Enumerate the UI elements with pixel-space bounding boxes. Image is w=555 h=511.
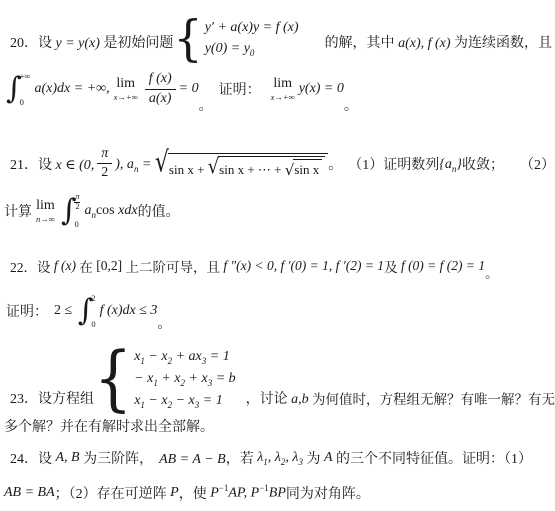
text-segment: ，若 <box>226 448 258 468</box>
text-segment: 同为对角阵。 <box>286 483 370 503</box>
math-text: y(0) = y <box>205 41 250 56</box>
math-text: {a <box>439 157 452 172</box>
limit-subscript: n→∞ <box>36 215 55 224</box>
math-expression: f (x) <box>54 258 76 274</box>
integral-expression: ∫ 20 <box>78 293 98 329</box>
radical-body: sin x <box>293 159 322 178</box>
system-equation-2: − x1 + x2 + x3 = b <box>134 371 235 388</box>
tiny-fraction-denominator: 2 <box>75 203 79 212</box>
lim-word: lim <box>36 199 55 214</box>
problem-20-line-2: ∫ +∞0 a(x)dx = +∞, limx→+∞ f (x)a(x) = 0… <box>4 64 358 114</box>
math-text: AP, P <box>228 486 259 501</box>
limit-expression: limn→∞ <box>36 199 55 223</box>
math-expression: 2 ≤ <box>54 303 76 319</box>
integral-upper-limit: +∞ <box>20 71 31 81</box>
system-equation-1: y′ + a(x)y = f (x) <box>205 20 299 36</box>
math-text: ), a <box>115 157 134 172</box>
math-text: = <box>138 157 154 172</box>
integrand: ancos xdx <box>84 203 137 220</box>
math-expression: ), an = <box>115 157 155 174</box>
period-mark: 。 <box>344 100 358 114</box>
math-expression: y = y(x) <box>56 36 100 52</box>
text-segment: 证明： <box>6 301 48 321</box>
exam-document-page: 20．设 y = y(x) 是初始问题 { y′ + a(x)y = f (x)… <box>0 0 555 511</box>
math-text: = 1 <box>199 393 222 408</box>
text-segment: 的解，其中 <box>325 32 399 52</box>
text-segment: 及 <box>384 256 398 276</box>
text-segment: 设 <box>37 256 54 276</box>
problem-22-number: 22． <box>10 256 37 276</box>
problem-21-line-2: 计算 limn→∞ ∫ π20 ancos xdx 的值。 <box>4 188 180 234</box>
math-expression: a,b <box>291 392 309 408</box>
math-expression: f ″(x) < 0, f ′(0) = 1, f ′(2) = 1 <box>223 258 384 274</box>
math-text: sin x + <box>169 162 208 178</box>
brace-icon: { <box>173 17 202 60</box>
problem-24-line-2: AB = BA ；（2）存在可逆阵 P ，使 P−1AP, P−1BP 同为对角… <box>4 478 370 508</box>
text-segment: 上二阶可导，且 <box>122 256 223 276</box>
problem-22-line-1: 22．设 f (x) 在 [0,2] 上二阶可导，且 f ″(x) < 0, f… <box>10 252 499 280</box>
math-text: − x <box>134 371 153 386</box>
radical-body: sin x + ⋯ + √sin x <box>218 156 325 178</box>
text-segment: （2） <box>520 154 555 174</box>
limit-expression: limx→+∞ <box>114 77 138 101</box>
math-expression: a(x), f (x) <box>398 36 450 52</box>
text-segment: 设 <box>38 32 56 52</box>
fraction: f (x)a(x) <box>145 71 176 106</box>
problem-21-line-1: 21．设 x ∈ (0, π2 ), an = √ sin x + √ sin … <box>10 124 555 178</box>
lim-word: lim <box>116 77 135 92</box>
problem-22-line-2: 证明： 2 ≤ ∫ 20 f (x)dx ≤ 3 。 <box>6 290 171 332</box>
text-segment: 多个解？并在有解时求出全部解。 <box>4 416 214 436</box>
integral-limits: π20 <box>74 193 80 229</box>
limit-subscript: x→+∞ <box>271 93 295 102</box>
math-text: , λ <box>285 450 298 465</box>
math-expression: A, B <box>56 450 80 466</box>
math-text: − x <box>145 393 168 408</box>
system-equation-3: x1 − x2 − x3 = 1 <box>134 393 235 410</box>
math-expression: A <box>324 450 333 466</box>
math-text: − x <box>145 349 168 364</box>
fraction-denominator: 2 <box>101 164 108 181</box>
math-expression: [0,2] <box>96 258 122 274</box>
problem-24-line-1: 24．设 A, B 为三阶阵， AB = A − B ，若 λ1, λ2, λ3… <box>10 443 532 473</box>
nested-radical: √ sin x + √ sin x + ⋯ + √sin x <box>155 153 328 178</box>
math-text: = 1 <box>206 349 229 364</box>
sqrt-icon: √ <box>208 157 219 178</box>
math-text: P <box>210 486 219 501</box>
text-segment: ，使 <box>179 483 211 503</box>
problem-23-number: 23． <box>10 388 38 408</box>
sqrt-icon: √ <box>155 149 169 178</box>
period-mark: 。 <box>485 267 499 281</box>
lim-word: lim <box>273 77 292 92</box>
limit-expression: limx→+∞ <box>271 77 295 101</box>
problem-20-number: 20． <box>10 32 38 52</box>
math-expression: = 0 <box>179 81 199 97</box>
nested-radical-inner: √sin x <box>285 159 322 178</box>
radical-body: sin x + √ sin x + ⋯ + √sin x <box>168 153 328 178</box>
integral-expression: ∫ +∞0 <box>6 71 33 107</box>
text-segment: 在 <box>76 256 96 276</box>
text-segment: 为连续函数，且 <box>451 32 553 52</box>
text-segment: 设 <box>38 448 56 468</box>
text-segment: 收敛； <box>462 154 504 174</box>
integral-limits: 20 <box>91 293 95 329</box>
text-segment: ；（2）存在可逆阵 <box>55 483 171 503</box>
integral-lower-limit: 0 <box>20 97 31 107</box>
text-segment: ，讨论 <box>246 388 292 408</box>
math-text: + ax <box>172 349 202 364</box>
problem-23-line-1: 23．设方程组 { x1 − x2 + ax3 = 1 − x1 + x2 + … <box>10 334 555 412</box>
math-text: − x <box>172 393 195 408</box>
math-text: sin x + ⋯ + <box>219 162 285 178</box>
text-segment: 的三个不同特征值。证明：（1） <box>333 448 533 468</box>
integral-lower-limit: 0 <box>91 319 95 329</box>
superscript: −1 <box>259 483 269 493</box>
integral-upper-limit: π2 <box>74 193 80 212</box>
math-text: BP <box>269 486 286 501</box>
text-segment: 计算 <box>4 201 32 221</box>
pi-over-2-fraction: π2 <box>97 146 112 181</box>
system-equation-1: x1 − x2 + ax3 = 1 <box>134 349 235 366</box>
initial-value-problem-system: { y′ + a(x)y = f (x) y(0) = y0 <box>173 17 298 60</box>
integral-limits: +∞0 <box>20 71 31 107</box>
fraction-denominator: a(x) <box>149 90 172 107</box>
math-expression: y(x) = 0 <box>299 81 344 97</box>
system-equations: x1 − x2 + ax3 = 1 − x1 + x2 + x3 = b x1 … <box>134 347 235 412</box>
text-segment: 为何值时，方程组无解？有唯一解？有无穷 <box>309 388 555 408</box>
problem-20-line-1: 20．设 y = y(x) 是初始问题 { y′ + a(x)y = f (x)… <box>10 2 552 60</box>
matrix-equation: AB = A − B <box>159 452 226 468</box>
system-equations: y′ + a(x)y = f (x) y(0) = y0 <box>205 17 299 60</box>
text-segment: 是初始问题 <box>100 32 174 52</box>
matrix-equation: AB = BA <box>4 485 55 501</box>
text-segment: 的值。 <box>138 201 180 221</box>
similarity-expression: P−1AP, P−1BP <box>210 484 286 502</box>
fraction-numerator: π <box>97 146 112 164</box>
math-text: , λ <box>268 450 281 465</box>
period-mark: 。 <box>328 154 342 174</box>
text-segment: 为三阶阵， <box>80 448 154 468</box>
fraction-numerator: f (x) <box>145 71 176 89</box>
nested-radical-mid: √ sin x + ⋯ + √sin x <box>208 156 326 178</box>
superscript: −1 <box>219 483 229 493</box>
integral-upper-limit: 2 <box>91 293 95 303</box>
math-text: xdx <box>118 203 137 218</box>
math-expression: a(x)dx = +∞, <box>35 81 110 97</box>
math-expression: f (x)dx ≤ 3 <box>100 303 158 319</box>
integral-expression: ∫ π20 <box>61 193 83 229</box>
cos-word: cos <box>96 203 118 218</box>
eigenvalue-list: λ1, λ2, λ3 <box>257 450 303 467</box>
problem-24-number: 24． <box>10 448 38 468</box>
math-text: + x <box>158 371 181 386</box>
text-segment: 设方程组 <box>38 388 94 408</box>
period-mark: 。 <box>157 318 171 332</box>
linear-equation-system: { x1 − x2 + ax3 = 1 − x1 + x2 + x3 = b x… <box>94 347 236 412</box>
text-segment: 证明： <box>219 79 261 99</box>
math-expression: f (0) = f (2) = 1 <box>398 258 486 274</box>
problem-23-line-2: 多个解？并在有解时求出全部解。 <box>4 414 214 438</box>
problem-21-number: 21． <box>10 154 38 174</box>
limit-subscript: x→+∞ <box>114 93 138 102</box>
sequence-notation: {an} <box>439 157 462 174</box>
period-mark: 。 <box>199 100 213 114</box>
integral-lower-limit: 0 <box>74 219 80 229</box>
math-expression: x ∈ (0, <box>56 157 95 174</box>
subscript: 0 <box>250 48 255 58</box>
math-text: sin x <box>294 162 319 178</box>
text-segment: （1）证明数列 <box>348 154 439 174</box>
text-segment: 为 <box>303 448 324 468</box>
text-segment: 设 <box>38 154 56 174</box>
math-text: + x <box>185 371 208 386</box>
system-equation-2: y(0) = y0 <box>205 41 299 58</box>
math-expression: P <box>170 485 179 501</box>
brace-icon: { <box>94 347 132 411</box>
math-text: = b <box>212 371 235 386</box>
